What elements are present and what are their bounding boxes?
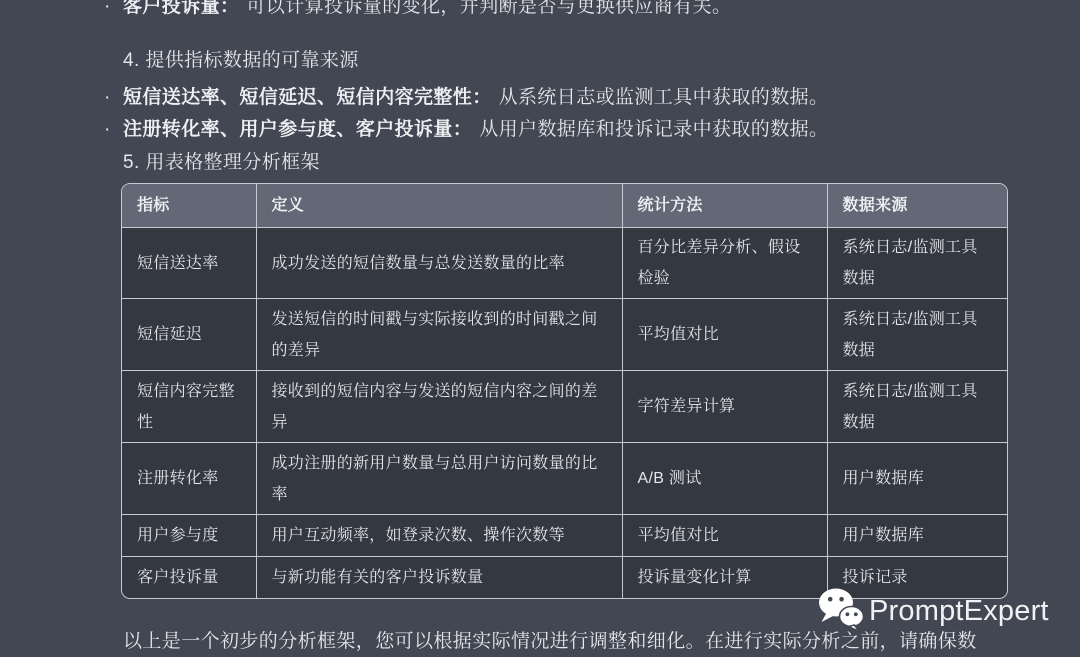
chat-message-page: ·客户投诉量：可以计算投诉量的变化，并判断是否与更换供应商有关。 4. 提供指标… [0,0,1080,657]
cell-source: 用户数据库 [827,443,1007,515]
bullet-lead: 短信送达率、短信延迟、短信内容完整性： [123,87,492,108]
cell-indicator: 用户参与度 [122,515,256,557]
bullet-lead: 注册转化率、用户参与度、客户投诉量： [123,119,472,140]
table-row: 用户参与度 用户互动频率，如登录次数、操作次数等 平均值对比 用户数据库 [122,515,1007,557]
bullet-marker: · [104,117,123,143]
header-cell-source: 数据来源 [827,184,1007,228]
watermark-label: PromptExpert [869,595,1049,628]
cell-method: 百分比差异分析、假设检验 [622,228,827,299]
cell-indicator: 短信送达率 [122,228,256,299]
header-cell-indicator: 指标 [122,184,256,228]
cell-source: 用户数据库 [827,515,1007,557]
cell-definition: 成功注册的新用户数量与总用户访问数量的比率 [256,443,622,515]
cell-indicator: 短信内容完整性 [122,371,256,443]
cell-method: 平均值对比 [622,299,827,371]
table-row: 短信送达率 成功发送的短信数量与总发送数量的比率 百分比差异分析、假设检验 系统… [122,228,1007,299]
bullet-line-user-metrics: ·注册转化率、用户参与度、客户投诉量：从用户数据库和投诉记录中获取的数据。 [104,117,828,143]
cell-source: 系统日志/监测工具数据 [827,228,1007,299]
table-row: 短信延迟 发送短信的时间戳与实际接收到的时间戳之间的差异 平均值对比 系统日志/… [122,299,1007,371]
analysis-framework-table: 指标 定义 统计方法 数据来源 短信送达率 成功发送的短信数量与总发送数量的比率… [121,183,1008,599]
cell-method: 字符差异计算 [622,371,827,443]
cell-definition: 用户互动频率，如登录次数、操作次数等 [256,515,622,557]
cell-source: 系统日志/监测工具数据 [827,371,1007,443]
cell-indicator: 注册转化率 [122,443,256,515]
cell-definition: 接收到的短信内容与发送的短信内容之间的差异 [256,371,622,443]
cell-method: A/B 测试 [622,443,827,515]
header-cell-definition: 定义 [256,184,622,228]
cell-method: 投诉量变化计算 [622,557,827,598]
bullet-text: 从用户数据库和投诉记录中获取的数据。 [479,119,828,140]
cell-definition: 与新功能有关的客户投诉数量 [256,557,622,598]
bullet-marker: · [104,0,123,20]
bullet-lead: 客户投诉量： [123,0,239,17]
cell-indicator: 短信延迟 [122,299,256,371]
table-row: 短信内容完整性 接收到的短信内容与发送的短信内容之间的差异 字符差异计算 系统日… [122,371,1007,443]
cell-indicator: 客户投诉量 [122,557,256,598]
bullet-text: 可以计算投诉量的变化，并判断是否与更换供应商有关。 [246,0,731,17]
closing-paragraph: 以上是一个初步的分析框架，您可以根据实际情况进行调整和细化。在进行实际分析之前，… [123,629,977,655]
cell-method: 平均值对比 [622,515,827,557]
bullet-marker: · [104,85,123,111]
bullet-line-sms-metrics: ·短信送达率、短信延迟、短信内容完整性：从系统日志或监测工具中获取的数据。 [104,85,828,111]
bullet-text: 从系统日志或监测工具中获取的数据。 [499,87,829,108]
heading-data-sources: 4. 提供指标数据的可靠来源 [123,48,359,74]
table-row: 注册转化率 成功注册的新用户数量与总用户访问数量的比率 A/B 测试 用户数据库 [122,443,1007,515]
header-cell-method: 统计方法 [622,184,827,228]
table-header-row: 指标 定义 统计方法 数据来源 [122,184,1007,228]
cell-definition: 发送短信的时间戳与实际接收到的时间戳之间的差异 [256,299,622,371]
bullet-line-customer-complaints: ·客户投诉量：可以计算投诉量的变化，并判断是否与更换供应商有关。 [104,0,731,20]
heading-analysis-table: 5. 用表格整理分析框架 [123,150,320,176]
cell-source: 系统日志/监测工具数据 [827,299,1007,371]
cell-definition: 成功发送的短信数量与总发送数量的比率 [256,228,622,299]
